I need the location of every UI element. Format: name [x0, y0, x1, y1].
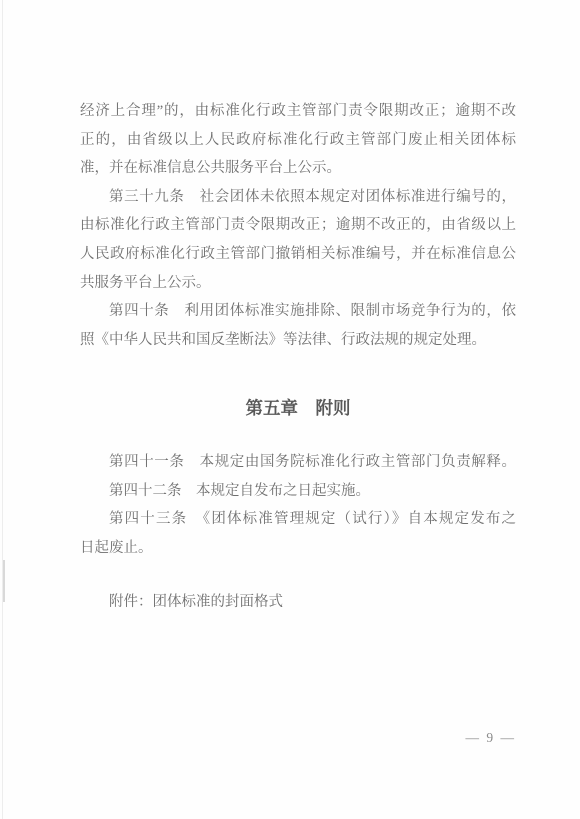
article-paragraph: 第四十一条 本规定由国务院标准化行政主管部门负责解释。	[80, 448, 516, 477]
text-line: 第四十二条 本规定自发布之日起实施。	[80, 477, 516, 506]
body-paragraph: 第三十九条 社会团体未依照本规定对团体标准进行编号的，由标准化行政主管部门责令限…	[80, 183, 516, 297]
body-paragraph: 第四十条 利用团体标准实施排除、限制市场竞争行为的，依照《中华人民共和国反垄断法…	[80, 297, 516, 354]
text-line: 第四十一条 本规定由国务院标准化行政主管部门负责解释。	[80, 448, 516, 477]
scan-edge-mark	[3, 560, 5, 602]
text-line: 照《中华人民共和国反垄断法》等法律、行政法规的规定处理。	[80, 326, 516, 355]
text-line: 经济上合理”的，由标准化行政主管部门责令限期改正；逾期不改	[80, 97, 516, 126]
chapter-heading: 第五章 附则	[80, 394, 516, 423]
attachment-note: 附件：团体标准的封面格式	[80, 588, 516, 617]
document-page: 经济上合理”的，由标准化行政主管部门责令限期改正；逾期不改正的，由省级以上人民政…	[0, 0, 580, 819]
text-line: 由标准化行政主管部门责令限期改正；逾期不改正的，由省级以上	[80, 211, 516, 240]
closing-articles: 第四十一条 本规定由国务院标准化行政主管部门负责解释。第四十二条 本规定自发布之…	[80, 448, 516, 562]
text-line: 日起废止。	[80, 534, 516, 563]
body-paragraphs: 经济上合理”的，由标准化行政主管部门责令限期改正；逾期不改正的，由省级以上人民政…	[80, 97, 516, 354]
scan-edge-line	[2, 0, 3, 819]
text-line: 第三十九条 社会团体未依照本规定对团体标准进行编号的，	[80, 183, 516, 212]
article-paragraph: 第四十三条 《团体标准管理规定（试行）》自本规定发布之日起废止。	[80, 505, 516, 562]
body-paragraph: 经济上合理”的，由标准化行政主管部门责令限期改正；逾期不改正的，由省级以上人民政…	[80, 97, 516, 183]
text-line: 共服务平台上公示。	[80, 269, 516, 298]
text-line: 人民政府标准化行政主管部门撤销相关标准编号，并在标准信息公	[80, 240, 516, 269]
page-number: — 9 —	[466, 730, 517, 746]
document-body: 经济上合理”的，由标准化行政主管部门责令限期改正；逾期不改正的，由省级以上人民政…	[80, 97, 516, 617]
text-line: 准，并在标准信息公共服务平台上公示。	[80, 154, 516, 183]
text-line: 第四十条 利用团体标准实施排除、限制市场竞争行为的，依	[80, 297, 516, 326]
text-line: 正的，由省级以上人民政府标准化行政主管部门废止相关团体标	[80, 126, 516, 155]
text-line: 第四十三条 《团体标准管理规定（试行）》自本规定发布之	[80, 505, 516, 534]
article-paragraph: 第四十二条 本规定自发布之日起实施。	[80, 477, 516, 506]
